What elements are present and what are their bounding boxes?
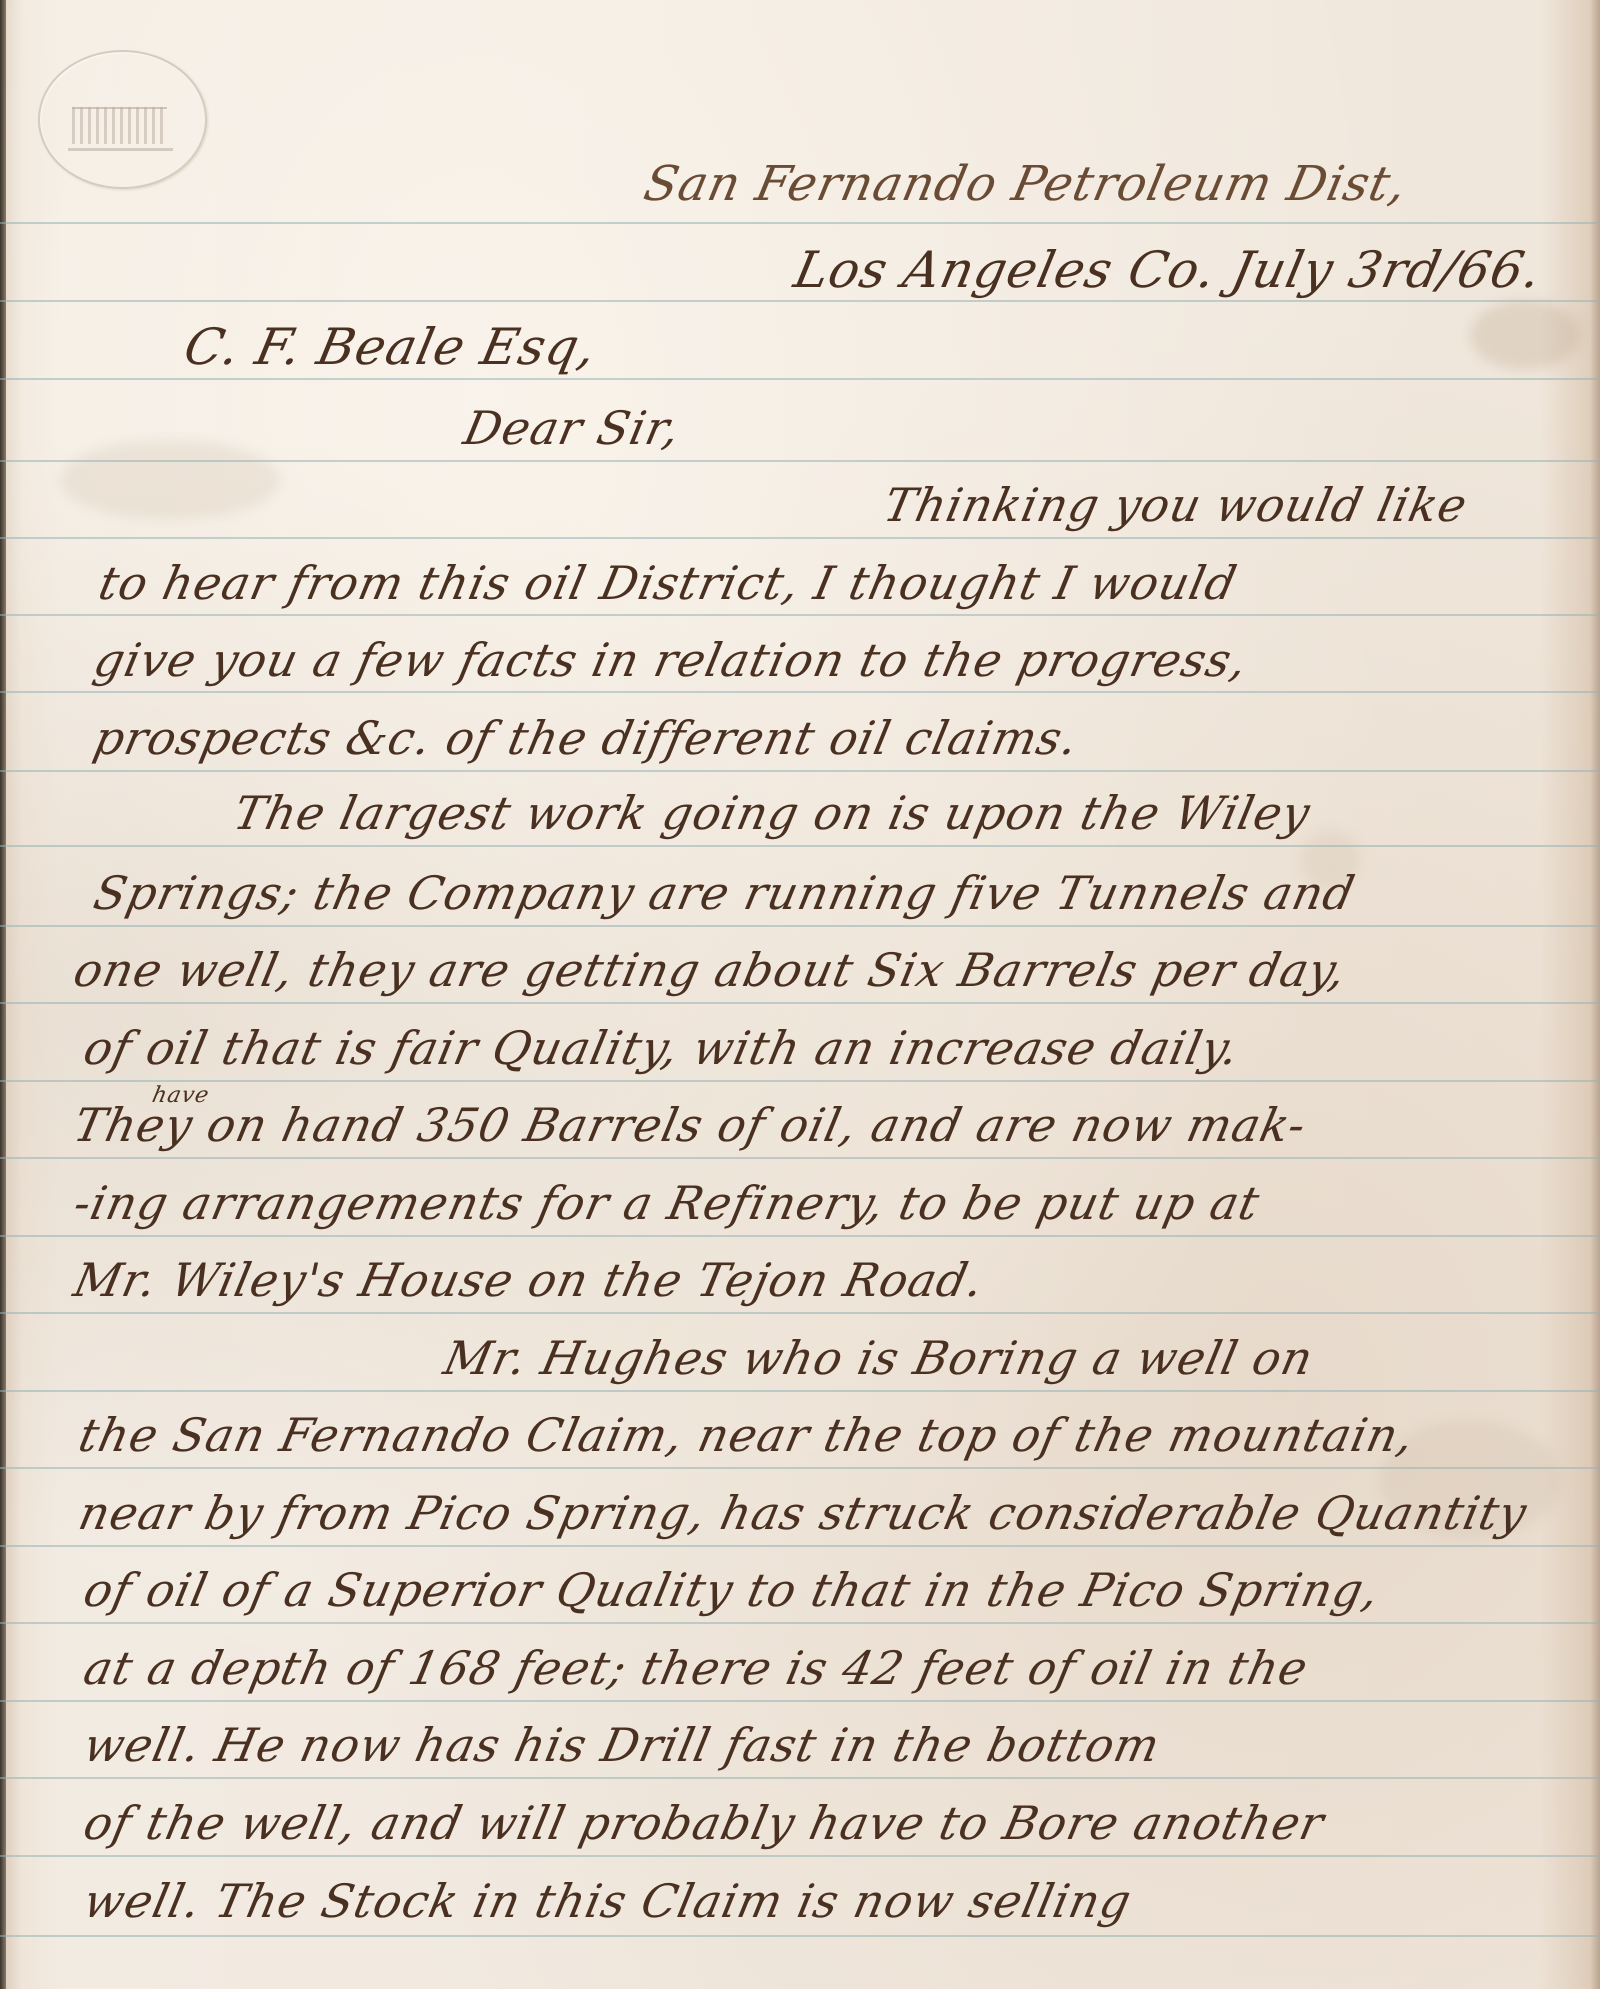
body-line-with-insertion: They on hand 350 Barrels of oil, and are… [70,1102,1310,1148]
ruled-line [0,1777,1600,1779]
body-line: The largest work going on is upon the Wi… [230,790,1315,836]
body-line: Mr. Wiley's House on the Tejon Road. [70,1257,988,1303]
ruled-line [0,1390,1600,1392]
ruled-line [0,1935,1600,1937]
ruled-line [0,925,1600,927]
body-line: of the well, and will probably have to B… [80,1800,1328,1846]
ruled-line [0,845,1600,847]
seal-building-icon [72,107,167,144]
body-line: the San Fernando Claim, near the top of … [75,1412,1419,1458]
body-line: well. He now has his Drill fast in the b… [80,1722,1164,1768]
ruled-line [0,378,1600,380]
body-line: -ing arrangements for a Refinery, to be … [70,1180,1264,1226]
ruled-line [0,1157,1600,1159]
body-line: Thinking you would like [880,482,1472,528]
body-line: give you a few facts in relation to the … [90,637,1252,683]
body-line: of oil of a Superior Quality to that in … [80,1567,1384,1613]
letter-page: San Fernando Petroleum Dist, Los Angeles… [0,0,1600,1989]
ruled-line [0,460,1600,462]
heading-place-line: San Fernando Petroleum Dist, [640,160,1411,208]
page-right-edge [1590,0,1600,1989]
body-line: near by from Pico Spring, has struck con… [75,1490,1531,1536]
ruled-line [0,1700,1600,1702]
ruled-line [0,1312,1600,1314]
ruled-line [0,1545,1600,1547]
body-line: at a depth of 168 feet; there is 42 feet… [80,1645,1312,1691]
heading-date-line: Los Angeles Co. July 3rd/66. [790,245,1546,295]
page-left-edge [0,0,6,1989]
paper-stain [1470,300,1580,370]
body-line: to hear from this oil District, I though… [95,560,1241,606]
ruled-line [0,770,1600,772]
paper-stain [60,440,280,520]
body-line: Mr. Hughes who is Boring a well on [440,1335,1317,1381]
ruled-line [0,1002,1600,1004]
ruled-line [0,300,1600,302]
body-line: well. The Stock in this Claim is now sel… [80,1878,1136,1924]
ruled-line [0,537,1600,539]
embossed-seal-icon [38,50,207,189]
body-line: prospects &c. of the different oil claim… [90,715,1082,761]
insertion-line-text: They on hand 350 Barrels of oil, and are… [69,1098,1311,1152]
ruled-line [0,691,1600,693]
ruled-line [0,1080,1600,1082]
ruled-line [0,1467,1600,1469]
ruled-line [0,614,1600,616]
salutation: Dear Sir, [460,405,685,451]
ruled-line [0,222,1600,224]
body-line: of oil that is fair Quality, with an inc… [80,1025,1243,1071]
ruled-line [0,1235,1600,1237]
ruled-line [0,1622,1600,1624]
ruled-line [0,1855,1600,1857]
body-line: Springs; the Company are running five Tu… [90,870,1359,916]
body-line: one well, they are getting about Six Bar… [70,947,1351,993]
addressee: C. F. Beale Esq, [180,322,601,372]
seal-base [68,148,173,151]
interlinear-insertion: have [150,1085,211,1107]
